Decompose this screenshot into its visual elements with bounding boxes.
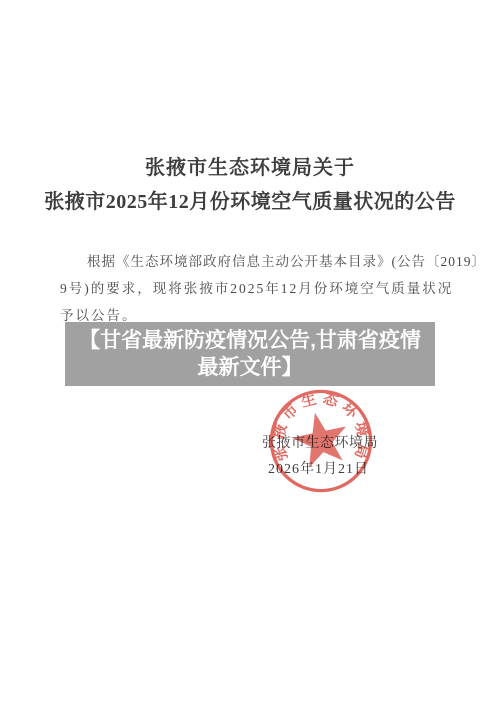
document-page: 张掖市生态环境局关于 张掖市2025年12月份环境空气质量状况的公告 根据《生态… bbox=[0, 0, 500, 707]
doc-body-line: 9号)的要求，现将张掖市2025年12月份环境空气质量状况 bbox=[60, 275, 440, 302]
doc-body-paragraph: 根据《生态环境部政府信息主动公开基本目录》(公告〔2019〕 9号)的要求，现将… bbox=[60, 248, 440, 329]
doc-title-line1: 张掖市生态环境局关于 bbox=[0, 152, 500, 184]
overlay-banner-line1: 【甘省最新防疫情况公告,甘肃省疫情 bbox=[65, 327, 435, 354]
official-seal: 张掖市生态环境局 bbox=[259, 379, 383, 503]
overlay-banner: 【甘省最新防疫情况公告,甘肃省疫情 最新文件】 bbox=[65, 322, 435, 386]
doc-title: 张掖市生态环境局关于 张掖市2025年12月份环境空气质量状况的公告 bbox=[0, 152, 500, 220]
overlay-banner-line2: 最新文件】 bbox=[65, 354, 435, 381]
doc-title-line2: 张掖市2025年12月份环境空气质量状况的公告 bbox=[0, 184, 500, 220]
doc-body-line: 根据《生态环境部政府信息主动公开基本目录》(公告〔2019〕 bbox=[60, 248, 440, 275]
